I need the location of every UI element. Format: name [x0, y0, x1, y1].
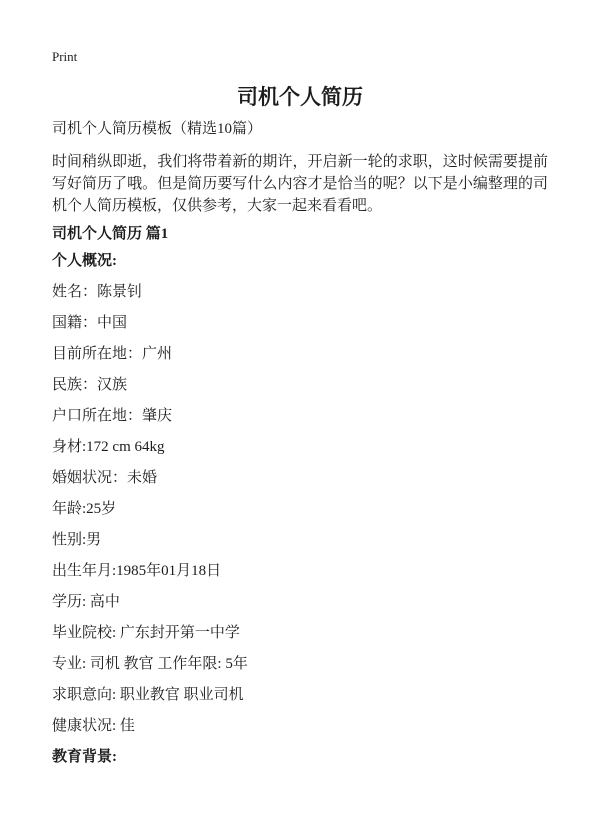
profile-overview-heading: 个人概况:: [52, 253, 548, 270]
field-education-level: 学历: 高中: [52, 594, 548, 611]
intro-paragraph: 时间稍纵即逝，我们将带着新的期许，开启新一轮的求职，这时候需要提前写好简历了哦。…: [52, 151, 548, 217]
document-page: Print 司机个人简历 司机个人简历模板（精选10篇） 时间稍纵即逝，我们将带…: [0, 0, 600, 828]
field-health-status: 健康状况: 佳: [52, 718, 548, 735]
page-title: 司机个人简历: [52, 86, 548, 108]
field-nationality: 国籍：中国: [52, 315, 548, 332]
print-button[interactable]: Print: [52, 49, 77, 64]
section-heading-part1: 司机个人简历 篇1: [52, 226, 548, 243]
field-gender: 性别:男: [52, 532, 548, 549]
field-body-stats: 身材:172 cm 64kg: [52, 439, 548, 456]
field-name: 姓名：陈景钊: [52, 284, 548, 301]
document-subtitle: 司机个人简历模板（精选10篇）: [52, 121, 548, 138]
field-job-intention: 求职意向: 职业教官 职业司机: [52, 687, 548, 704]
field-household-registration: 户口所在地：肇庆: [52, 408, 548, 425]
field-marital-status: 婚姻状况：未婚: [52, 470, 548, 487]
field-current-location: 目前所在地：广州: [52, 346, 548, 363]
field-birth-date: 出生年月:1985年01月18日: [52, 563, 548, 580]
field-ethnicity: 民族：汉族: [52, 377, 548, 394]
field-major-experience: 专业: 司机 教官 工作年限: 5年: [52, 656, 548, 673]
field-age: 年龄:25岁: [52, 501, 548, 518]
education-background-heading: 教育背景:: [52, 749, 548, 766]
field-graduated-school: 毕业院校: 广东封开第一中学: [52, 625, 548, 642]
